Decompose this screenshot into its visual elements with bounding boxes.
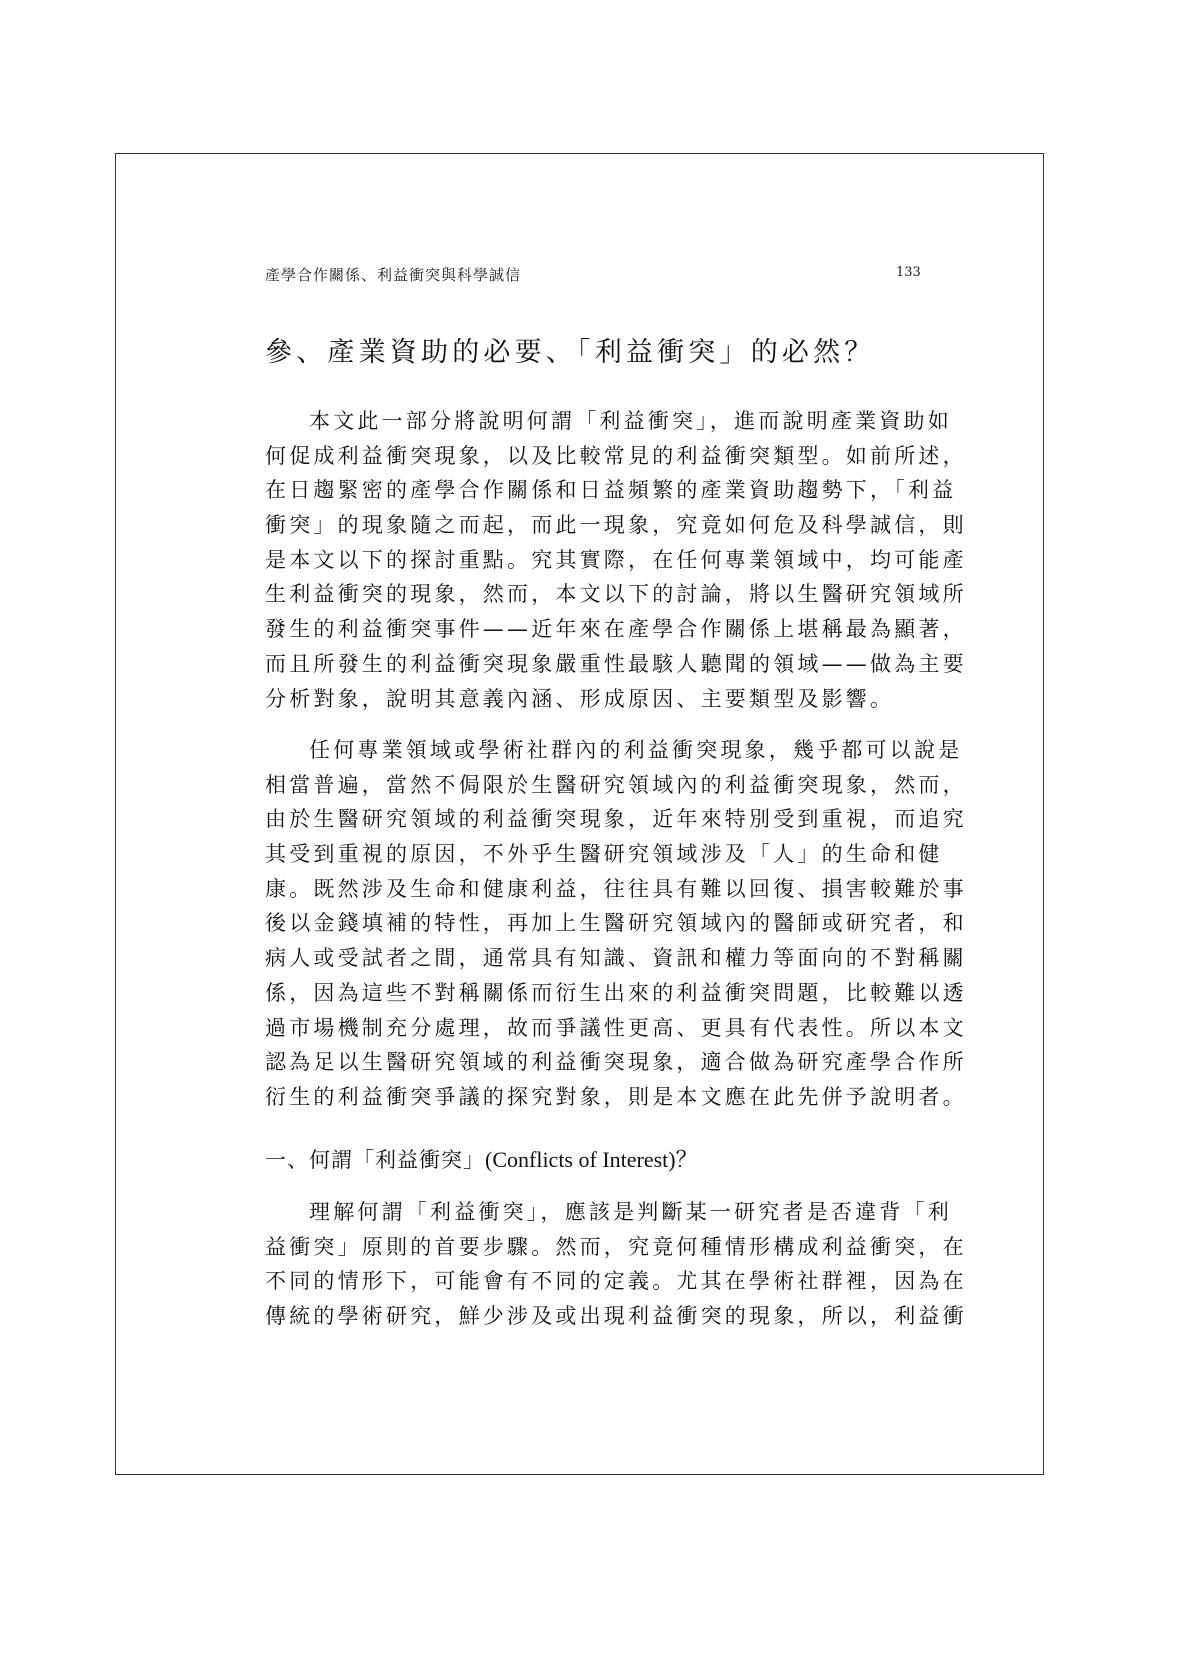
text-line: 任何專業領域或學術社群內的利益衝突現象，幾乎都可以說是: [265, 733, 925, 768]
text-line: 益衝突」原則的首要步驟。然而，究竟何種情形構成利益衝突，在: [265, 1230, 925, 1265]
running-head: 產學合作關係、利益衝突與科學誠信: [265, 264, 521, 285]
text-line: 認為足以生醫研究領域的利益衝突現象，適合做為研究產學合作所: [265, 1045, 925, 1080]
text-line: 生利益衝突的現象，然而，本文以下的討論，將以生醫研究領域所: [265, 577, 925, 612]
section-title: 參、產業資助的必要、「利益衝突」的必然？: [265, 330, 876, 369]
paragraph-3: 理解何謂「利益衝突」，應該是判斷某一研究者是否違背「利 益衝突」原則的首要步驟。…: [265, 1195, 925, 1334]
text-line: 過市場機制充分處理，故而爭議性更高、更具有代表性。所以本文: [265, 1011, 925, 1046]
text-line: 不同的情形下，可能會有不同的定義。尤其在學術社群裡，因為在: [265, 1264, 925, 1299]
text-line: 理解何謂「利益衝突」，應該是判斷某一研究者是否違背「利: [265, 1195, 925, 1230]
text-line: 衍生的利益衝突爭議的探究對象，則是本文應在此先併予說明者。: [265, 1080, 925, 1115]
text-line: 發生的利益衝突事件——近年來在產學合作關係上堪稱最為顯著，: [265, 612, 925, 647]
text-line: 何促成利益衝突現象，以及比較常見的利益衝突類型。如前所述，: [265, 439, 925, 474]
text-line: 本文此一部分將說明何謂「利益衝突」，進而說明產業資助如: [265, 404, 925, 439]
text-line: 分析對象，說明其意義內涵、形成原因、主要類型及影響。: [265, 682, 925, 717]
paragraph-1: 本文此一部分將說明何謂「利益衝突」，進而說明產業資助如 何促成利益衝突現象，以及…: [265, 404, 925, 716]
text-line: 而且所發生的利益衝突現象嚴重性最駭人聽聞的領域——做為主要: [265, 647, 925, 682]
text-line: 衝突」的現象隨之而起，而此一現象，究竟如何危及科學誠信，則: [265, 508, 925, 543]
text-line: 在日趨緊密的產學合作關係和日益頻繁的產業資助趨勢下，「利益: [265, 473, 925, 508]
text-line: 由於生醫研究領域的利益衝突現象，近年來特別受到重視，而追究: [265, 802, 925, 837]
text-line: 是本文以下的探討重點。究其實際，在任何專業領域中，均可能產: [265, 543, 925, 578]
text-line: 後以金錢填補的特性，再加上生醫研究領域內的醫師或研究者，和: [265, 906, 925, 941]
text-line: 病人或受試者之間，通常具有知識、資訊和權力等面向的不對稱關: [265, 941, 925, 976]
sub-heading-cjk: 一、何謂「利益衝突」: [265, 1148, 485, 1172]
text-line: 其受到重視的原因，不外乎生醫研究領域涉及「人」的生命和健: [265, 837, 925, 872]
text-line: 傳統的學術研究，鮮少涉及或出現利益衝突的現象，所以，利益衝: [265, 1299, 925, 1334]
paragraph-2: 任何專業領域或學術社群內的利益衝突現象，幾乎都可以說是 相當普遍，當然不侷限於生…: [265, 733, 925, 1115]
sub-heading: 一、何謂「利益衝突」(Conflicts of Interest)？: [265, 1143, 698, 1174]
sub-heading-latin: (Conflicts of Interest)？: [485, 1147, 698, 1172]
text-line: 係，因為這些不對稱關係而衍生出來的利益衝突問題，比較難以透: [265, 976, 925, 1011]
page-number: 133: [896, 265, 921, 280]
text-line: 相當普遍，當然不侷限於生醫研究領域內的利益衝突現象，然而，: [265, 768, 925, 803]
text-line: 康。既然涉及生命和健康利益，往往具有難以回復、損害較難於事: [265, 872, 925, 907]
